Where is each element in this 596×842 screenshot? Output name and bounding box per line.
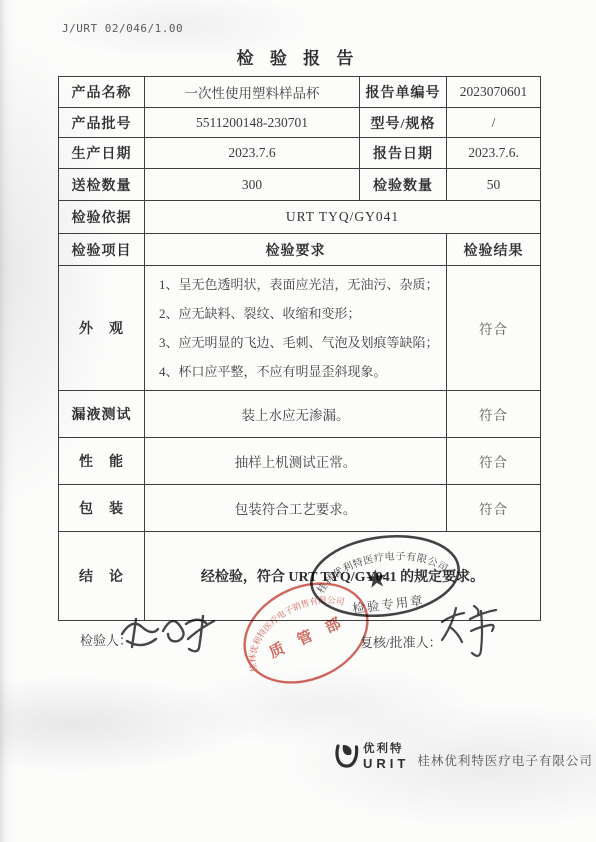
requirement-line: 4、杯口应平整，不应有明显歪斜现象。 (159, 357, 440, 386)
item-name: 性 能 (59, 438, 145, 485)
requirement-line: 1、呈无色透明状，表面应光洁，无油污、杂质； (159, 270, 440, 299)
item-row-leak-test: 漏液测试 装上水应无渗漏。 符合 (59, 391, 541, 438)
field-value: 50 (447, 169, 541, 201)
urit-logo-icon (333, 742, 359, 770)
basis-value: URT TYQ/GY041 (145, 201, 541, 234)
field-label: 报告单编号 (360, 77, 447, 108)
table-row: 生产日期 2023.7.6 报告日期 2023.7.6. (59, 138, 541, 169)
item-result: 符合 (447, 438, 541, 485)
field-value: 一次性使用塑料样品杯 (145, 77, 360, 108)
basis-label: 检验依据 (59, 201, 145, 234)
item-requirements: 1、呈无色透明状，表面应光洁，无油污、杂质； 2、应无缺料、裂纹、收缩和变形； … (145, 266, 447, 391)
field-value: 2023.7.6 (145, 138, 360, 169)
field-label: 型号/规格 (360, 108, 447, 138)
field-label: 产品批号 (59, 108, 145, 138)
item-requirements: 包装符合工艺要求。 (145, 485, 447, 532)
item-name: 外 观 (59, 266, 145, 391)
field-value: / (447, 108, 541, 138)
page-title: 检 验 报 告 (0, 44, 596, 69)
item-row-packaging: 包 装 包装符合工艺要求。 符合 (59, 485, 541, 532)
brand-name-en: URIT (363, 757, 409, 770)
inspector-signature-scribble (118, 608, 228, 656)
brand-text: 优利特 URIT (363, 744, 409, 771)
item-name: 包 装 (59, 485, 145, 532)
item-row-performance: 性 能 抽样上机测试正常。 符合 (59, 438, 541, 485)
item-result: 符合 (447, 266, 541, 391)
field-label: 生产日期 (59, 138, 145, 169)
report-table: 产品名称 一次性使用塑料样品杯 报告单编号 2023070601 产品批号 55… (58, 76, 541, 621)
field-value: 300 (145, 169, 360, 201)
item-row-appearance: 外 观 1、呈无色透明状，表面应光洁，无油污、杂质； 2、应无缺料、裂纹、收缩和… (59, 266, 541, 391)
inspection-report-page: J/URT 02/046/1.00 检 验 报 告 产品名称 一次性使用塑料样品… (0, 0, 596, 842)
column-header-result: 检验结果 (447, 234, 541, 266)
document-code: J/URT 02/046/1.00 (62, 22, 183, 35)
item-result: 符合 (447, 391, 541, 438)
field-value: 2023.7.6. (447, 138, 541, 169)
item-requirements: 装上水应无渗漏。 (145, 391, 447, 438)
field-label: 产品名称 (59, 77, 145, 108)
table-row: 产品名称 一次性使用塑料样品杯 报告单编号 2023070601 (59, 77, 541, 108)
table-row-basis: 检验依据 URT TYQ/GY041 (59, 201, 541, 234)
approver-signature-scribble (438, 600, 502, 662)
approver-label: 复核/批准人： (360, 632, 442, 651)
field-label: 报告日期 (360, 138, 447, 169)
field-label: 检验数量 (360, 169, 447, 201)
field-value: 2023070601 (447, 77, 541, 108)
requirement-line: 3、应无明显的飞边、毛刺、气泡及划痕等缺陷； (159, 328, 440, 357)
footer-company-name: 桂林优利特医疗电子有限公司 (417, 751, 593, 770)
field-label: 送检数量 (59, 169, 145, 201)
field-value: 5511200148-230701 (145, 108, 360, 138)
table-row: 产品批号 5511200148-230701 型号/规格 / (59, 108, 541, 138)
column-header-item: 检验项目 (59, 234, 145, 266)
table-row: 送检数量 300 检验数量 50 (59, 169, 541, 201)
column-header-requirement: 检验要求 (145, 234, 447, 266)
requirement-line: 2、应无缺料、裂纹、收缩和变形； (159, 299, 440, 328)
item-name: 漏液测试 (59, 391, 145, 438)
item-requirements: 抽样上机测试正常。 (145, 438, 447, 485)
brand-name-cn: 优利特 (363, 744, 409, 756)
items-header-row: 检验项目 检验要求 检验结果 (59, 234, 541, 266)
item-result: 符合 (447, 485, 541, 532)
footer-brand: 优利特 URIT 桂林优利特医疗电子有限公司 (333, 742, 593, 770)
